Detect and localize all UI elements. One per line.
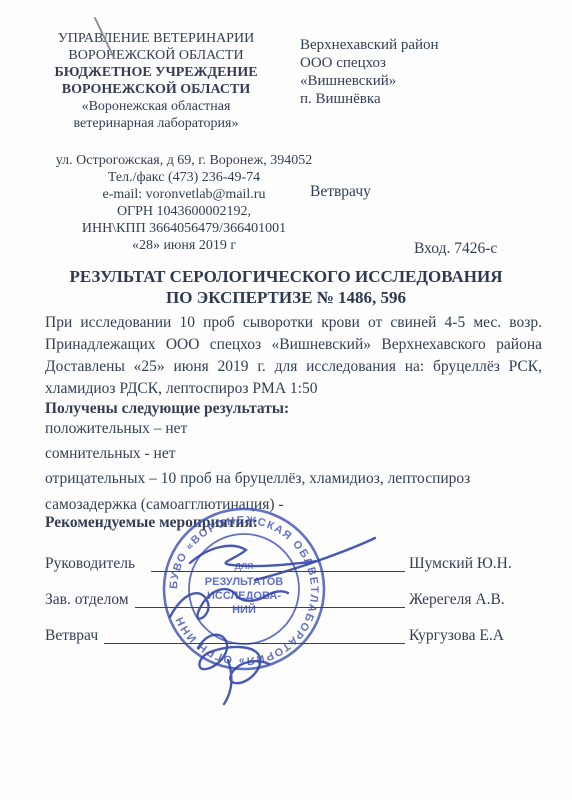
body-line: Принадлежащих ООО спецхоз «Вишневский» В… [45,334,542,356]
contact-phone: Тел./факс (473) 236-49-74 [34,169,334,186]
letterhead-line: ВОРОНЕЖСКОЙ ОБЛАСТИ [30,47,282,64]
letterhead-org-block: УПРАВЛЕНИЕ ВЕТЕРИНАРИИ ВОРОНЕЖСКОЙ ОБЛАС… [30,30,282,132]
letterhead-line: УПРАВЛЕНИЕ ВЕТЕРИНАРИИ [30,30,282,47]
signature-row-veterinarian: Ветврач Кургузова Е.А [45,625,537,645]
document-title-line2: ПО ЭКСПЕРТИЗЕ № 1486, 596 [0,287,572,308]
signature-line [104,625,405,644]
body-line: хламидиоз РДСК, лептоспироз РМА 1:50 [45,378,542,400]
addressee-label: Ветврачу [310,183,371,201]
letterhead-line: «Воронежская областная [30,98,282,115]
result-positive: положительных – нет [45,421,542,437]
incoming-number: Вход. 7426-с [414,240,497,258]
document-date: «28» июня 2019 г [34,237,334,254]
signature-line [135,589,405,608]
letterhead-line: БЮДЖЕТНОЕ УЧРЕЖДЕНИЕ [30,64,282,81]
recipient-line: ООО спецхоз [300,54,520,72]
signature-name: Жерегеля А.В. [409,591,537,609]
document-title-line1: РЕЗУЛЬТАТ СЕРОЛОГИЧЕСКОГО ИССЛЕДОВАНИЯ [0,266,572,287]
signature-role: Ветврач [45,627,98,645]
recipient-line: «Вишневский» [300,72,520,90]
recipient-line: п. Вишнёвка [300,90,520,108]
contact-block: ул. Острогожская, д 69, г. Воронеж, 3940… [34,152,334,254]
signature-name: Кургузова Е.А [409,627,537,645]
contact-ogrn: ОГРН 1043600002192, [34,203,334,220]
result-negative: отрицательных – 10 проб на бруцеллёз, хл… [45,471,542,487]
contact-inn-kpp: ИНН\КПП 3664056479/366401001 [34,220,334,237]
contact-email: e-mail: voronvetlab@mail.ru [34,186,334,203]
document-page: УПРАВЛЕНИЕ ВЕТЕРИНАРИИ ВОРОНЕЖСКОЙ ОБЛАС… [0,0,572,800]
signature-name: Шумский Ю.Н. [409,555,537,573]
letterhead-line: ветеринарная лаборатория» [30,115,282,132]
body-line: Доставлены «25» июня 2019 г. для исследо… [45,356,542,378]
results-heading: Получены следующие результаты: [45,400,542,418]
result-doubtful: сомнительных - нет [45,446,542,462]
recipient-line: Верхнехавский район [300,36,520,54]
signature-row-director: Руководитель Шумский Ю.Н. [45,553,537,573]
signature-block: Руководитель Шумский Ю.Н. Зав. отделом Ж… [45,553,537,661]
document-title: РЕЗУЛЬТАТ СЕРОЛОГИЧЕСКОГО ИССЛЕДОВАНИЯ П… [0,266,572,308]
recipient-block: Верхнехавский район ООО спецхоз «Вишневс… [300,36,520,108]
contact-address: ул. Острогожская, д 69, г. Воронеж, 3940… [34,152,334,169]
signature-line [151,553,405,572]
body-paragraph: При исследовании 10 проб сыворотки крови… [45,312,542,400]
signature-role: Руководитель [45,555,135,573]
signature-role: Зав. отделом [45,591,129,609]
signature-row-department-head: Зав. отделом Жерегеля А.В. [45,589,537,609]
letterhead-line: ВОРОНЕЖСКОЙ ОБЛАСТИ [30,81,282,98]
body-line: При исследовании 10 проб сыворотки крови… [45,312,542,334]
